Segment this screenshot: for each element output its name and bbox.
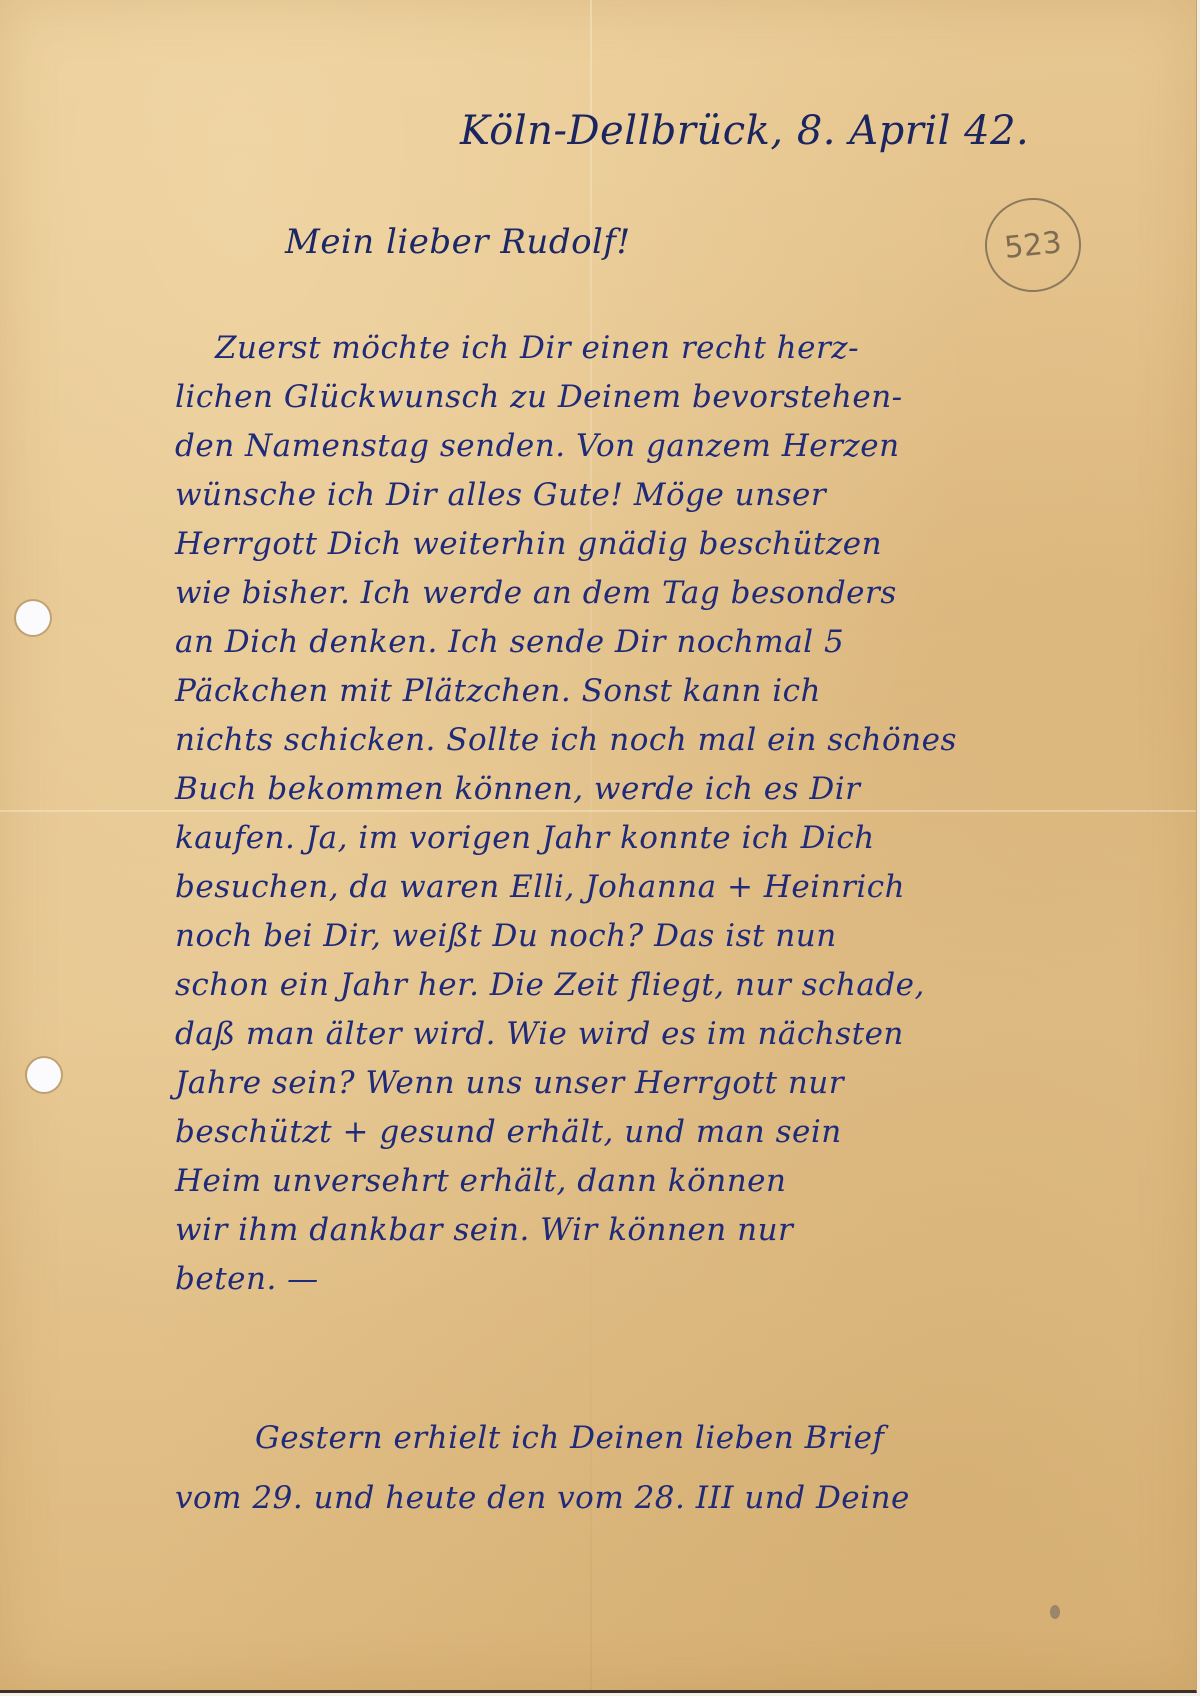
letter-line: vom 29. und heute den vom 28. III und De… [175, 1480, 910, 1516]
letter-line: Jahre sein? Wenn uns unser Herrgott nur [175, 1065, 844, 1101]
letter-line: noch bei Dir, weißt Du noch? Das ist nun [175, 918, 837, 954]
letter-line: beschützt + gesund erhält, und man sein [175, 1114, 842, 1150]
letter-line: Herrgott Dich weiterhin gnädig beschütze… [175, 526, 882, 562]
letter-line: beten. — [175, 1261, 319, 1297]
letter-line: Gestern erhielt ich Deinen lieben Brief [255, 1420, 884, 1456]
letter-line: Buch bekommen können, werde ich es Dir [175, 771, 860, 807]
letter-line: besuchen, da waren Elli, Johanna + Heinr… [175, 869, 905, 905]
letter-line: Päckchen mit Plätzchen. Sonst kann ich [175, 673, 821, 709]
ink-speck [1050, 1605, 1060, 1619]
letter-line: an Dich denken. Ich sende Dir nochmal 5 [175, 624, 844, 660]
archive-number-annotation: 523 [980, 193, 1085, 297]
letter-line: wir ihm dankbar sein. Wir können nur [175, 1212, 793, 1248]
letter-line: Heim unversehrt erhält, dann können [175, 1163, 787, 1199]
letter-line: den Namenstag senden. Von ganzem Herzen [175, 428, 900, 464]
punch-hole-upper [16, 601, 50, 635]
greeting: Mein lieber Rudolf! [285, 222, 631, 262]
letter-line: wie bisher. Ich werde an dem Tag besonde… [175, 575, 897, 611]
letter-line: wünsche ich Dir alles Gute! Möge unser [175, 477, 826, 513]
place-date-header: Köln-Dellbrück, 8. April 42. [460, 108, 1029, 154]
letter-line: lichen Glückwunsch zu Deinem bevorstehen… [175, 379, 903, 415]
letter-line: Zuerst möchte ich Dir einen recht herz- [215, 330, 859, 366]
letter-line: kaufen. Ja, im vorigen Jahr konnte ich D… [175, 820, 875, 856]
letter-line: nichts schicken. Sollte ich noch mal ein… [175, 722, 957, 758]
letter-sheet: Köln-Dellbrück, 8. April 42. 523 Mein li… [0, 0, 1197, 1693]
punch-hole-lower [27, 1058, 61, 1092]
letter-line: schon ein Jahr her. Die Zeit fliegt, nur… [175, 967, 925, 1003]
letter-line: daß man älter wird. Wie wird es im nächs… [175, 1016, 904, 1052]
horizontal-fold-crease [0, 810, 1196, 812]
